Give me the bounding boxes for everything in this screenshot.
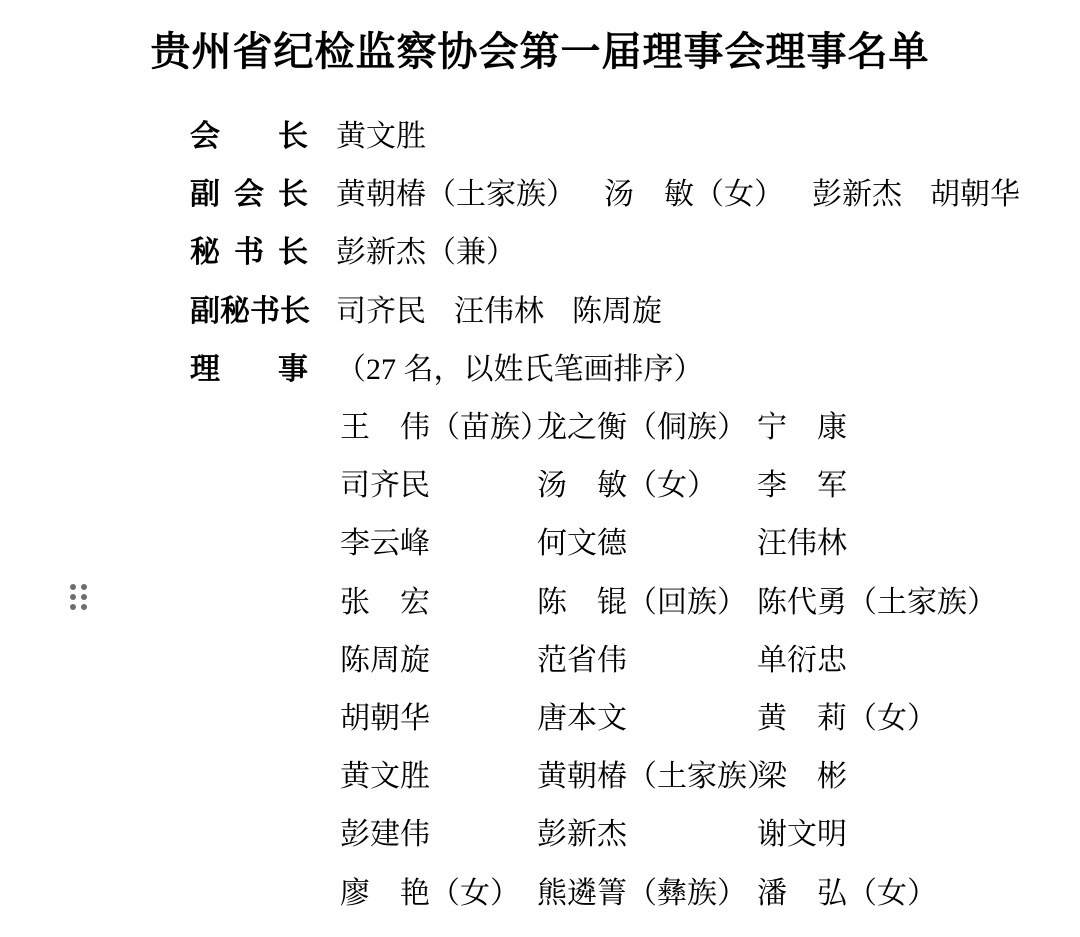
director-name: 黄 莉（女） xyxy=(757,693,937,737)
director-row: 黄文胜 黄朝椿（土家族） 梁 彬 xyxy=(190,744,1010,802)
drag-handle-dot xyxy=(70,584,76,590)
officer-row-president: 会长 黄文胜 xyxy=(190,104,1010,162)
drag-handle-dot xyxy=(81,584,87,590)
director-row: 司齐民 汤 敏（女） 李 军 xyxy=(190,453,1010,511)
director-name: 潘 弘（女） xyxy=(757,868,937,912)
director-name: 汪伟林 xyxy=(757,518,847,562)
officer-row-secretary-general: 秘书长 彭新杰（兼） xyxy=(190,220,1010,278)
drag-handle-dot xyxy=(70,604,76,610)
member-name: 彭新杰 xyxy=(812,169,902,213)
director-name: 汤 敏（女） xyxy=(537,460,757,504)
director-name: 彭建伟 xyxy=(340,809,537,853)
role-label: 副会长 xyxy=(190,169,308,213)
director-name: 何文德 xyxy=(537,518,757,562)
member-list: 会长 黄文胜 副会长 黄朝椿（土家族） 汤 敏（女） 彭新杰 胡朝华 秘书长 彭… xyxy=(190,104,1010,919)
drag-handle-dot xyxy=(81,604,87,610)
director-row: 李云峰 何文德 汪伟林 xyxy=(190,511,1010,569)
officer-row-directors-heading: 理事 （27 名，以姓氏笔画排序） xyxy=(190,337,1010,395)
director-name: 陈 锟（回族） xyxy=(537,577,757,621)
drag-handle-icon[interactable] xyxy=(66,580,91,614)
director-row: 胡朝华 唐本文 黄 莉（女） xyxy=(190,686,1010,744)
director-row: 张 宏 陈 锟（回族） 陈代勇（土家族） xyxy=(190,570,1010,628)
document-page: 贵州省纪检监察协会第一届理事会理事名单 会长 黄文胜 副会长 黄朝椿（土家族） … xyxy=(0,0,1080,937)
director-row: 彭建伟 彭新杰 谢文明 xyxy=(190,802,1010,860)
director-name: 宁 康 xyxy=(757,402,847,446)
director-name: 彭新杰 xyxy=(537,809,757,853)
director-name: 陈代勇（土家族） xyxy=(757,577,997,621)
role-label: 副秘书长 xyxy=(190,286,308,330)
officer-row-deputy-secretaries: 副秘书长 司齐民 汪伟林 陈周旋 xyxy=(190,279,1010,337)
director-name: 黄朝椿（土家族） xyxy=(537,751,757,795)
role-label: 秘书长 xyxy=(190,227,308,271)
member-name: 黄文胜 xyxy=(336,111,426,155)
director-name: 龙之衡（侗族） xyxy=(537,402,757,446)
drag-handle-dot xyxy=(70,594,76,600)
member-name: 汪伟林 xyxy=(454,286,544,330)
director-row: 陈周旋 范省伟 单衍忠 xyxy=(190,628,1010,686)
director-name: 廖 艳（女） xyxy=(340,868,537,912)
director-count-note: （27 名，以姓氏笔画排序） xyxy=(336,344,704,388)
director-name: 熊遴箐（彝族） xyxy=(537,868,757,912)
officer-row-vice-presidents: 副会长 黄朝椿（土家族） 汤 敏（女） 彭新杰 胡朝华 xyxy=(190,162,1010,220)
director-name: 陈周旋 xyxy=(340,635,537,679)
director-name: 范省伟 xyxy=(537,635,757,679)
member-name: 汤 敏（女） xyxy=(604,169,784,213)
page-title: 贵州省纪检监察协会第一届理事会理事名单 xyxy=(0,20,1080,77)
director-name: 王 伟（苗族） xyxy=(340,402,537,446)
director-name: 黄文胜 xyxy=(340,751,537,795)
drag-handle-dot xyxy=(81,594,87,600)
director-row: 王 伟（苗族） 龙之衡（侗族） 宁 康 xyxy=(190,395,1010,453)
member-name: 黄朝椿（土家族） xyxy=(336,169,576,213)
member-name: 陈周旋 xyxy=(572,286,662,330)
director-name: 胡朝华 xyxy=(340,693,537,737)
role-label: 理事 xyxy=(190,344,308,388)
director-name: 梁 彬 xyxy=(757,751,847,795)
member-name: 彭新杰（兼） xyxy=(336,227,516,271)
member-name: 司齐民 xyxy=(336,286,426,330)
director-name: 李云峰 xyxy=(340,518,537,562)
director-name: 唐本文 xyxy=(537,693,757,737)
director-name: 单衍忠 xyxy=(757,635,847,679)
director-name: 司齐民 xyxy=(340,460,537,504)
director-name: 谢文明 xyxy=(757,809,847,853)
member-name: 胡朝华 xyxy=(930,169,1020,213)
director-name: 张 宏 xyxy=(340,577,537,621)
director-name: 李 军 xyxy=(757,460,847,504)
director-row: 廖 艳（女） 熊遴箐（彝族） 潘 弘（女） xyxy=(190,860,1010,918)
role-label: 会长 xyxy=(190,111,308,155)
